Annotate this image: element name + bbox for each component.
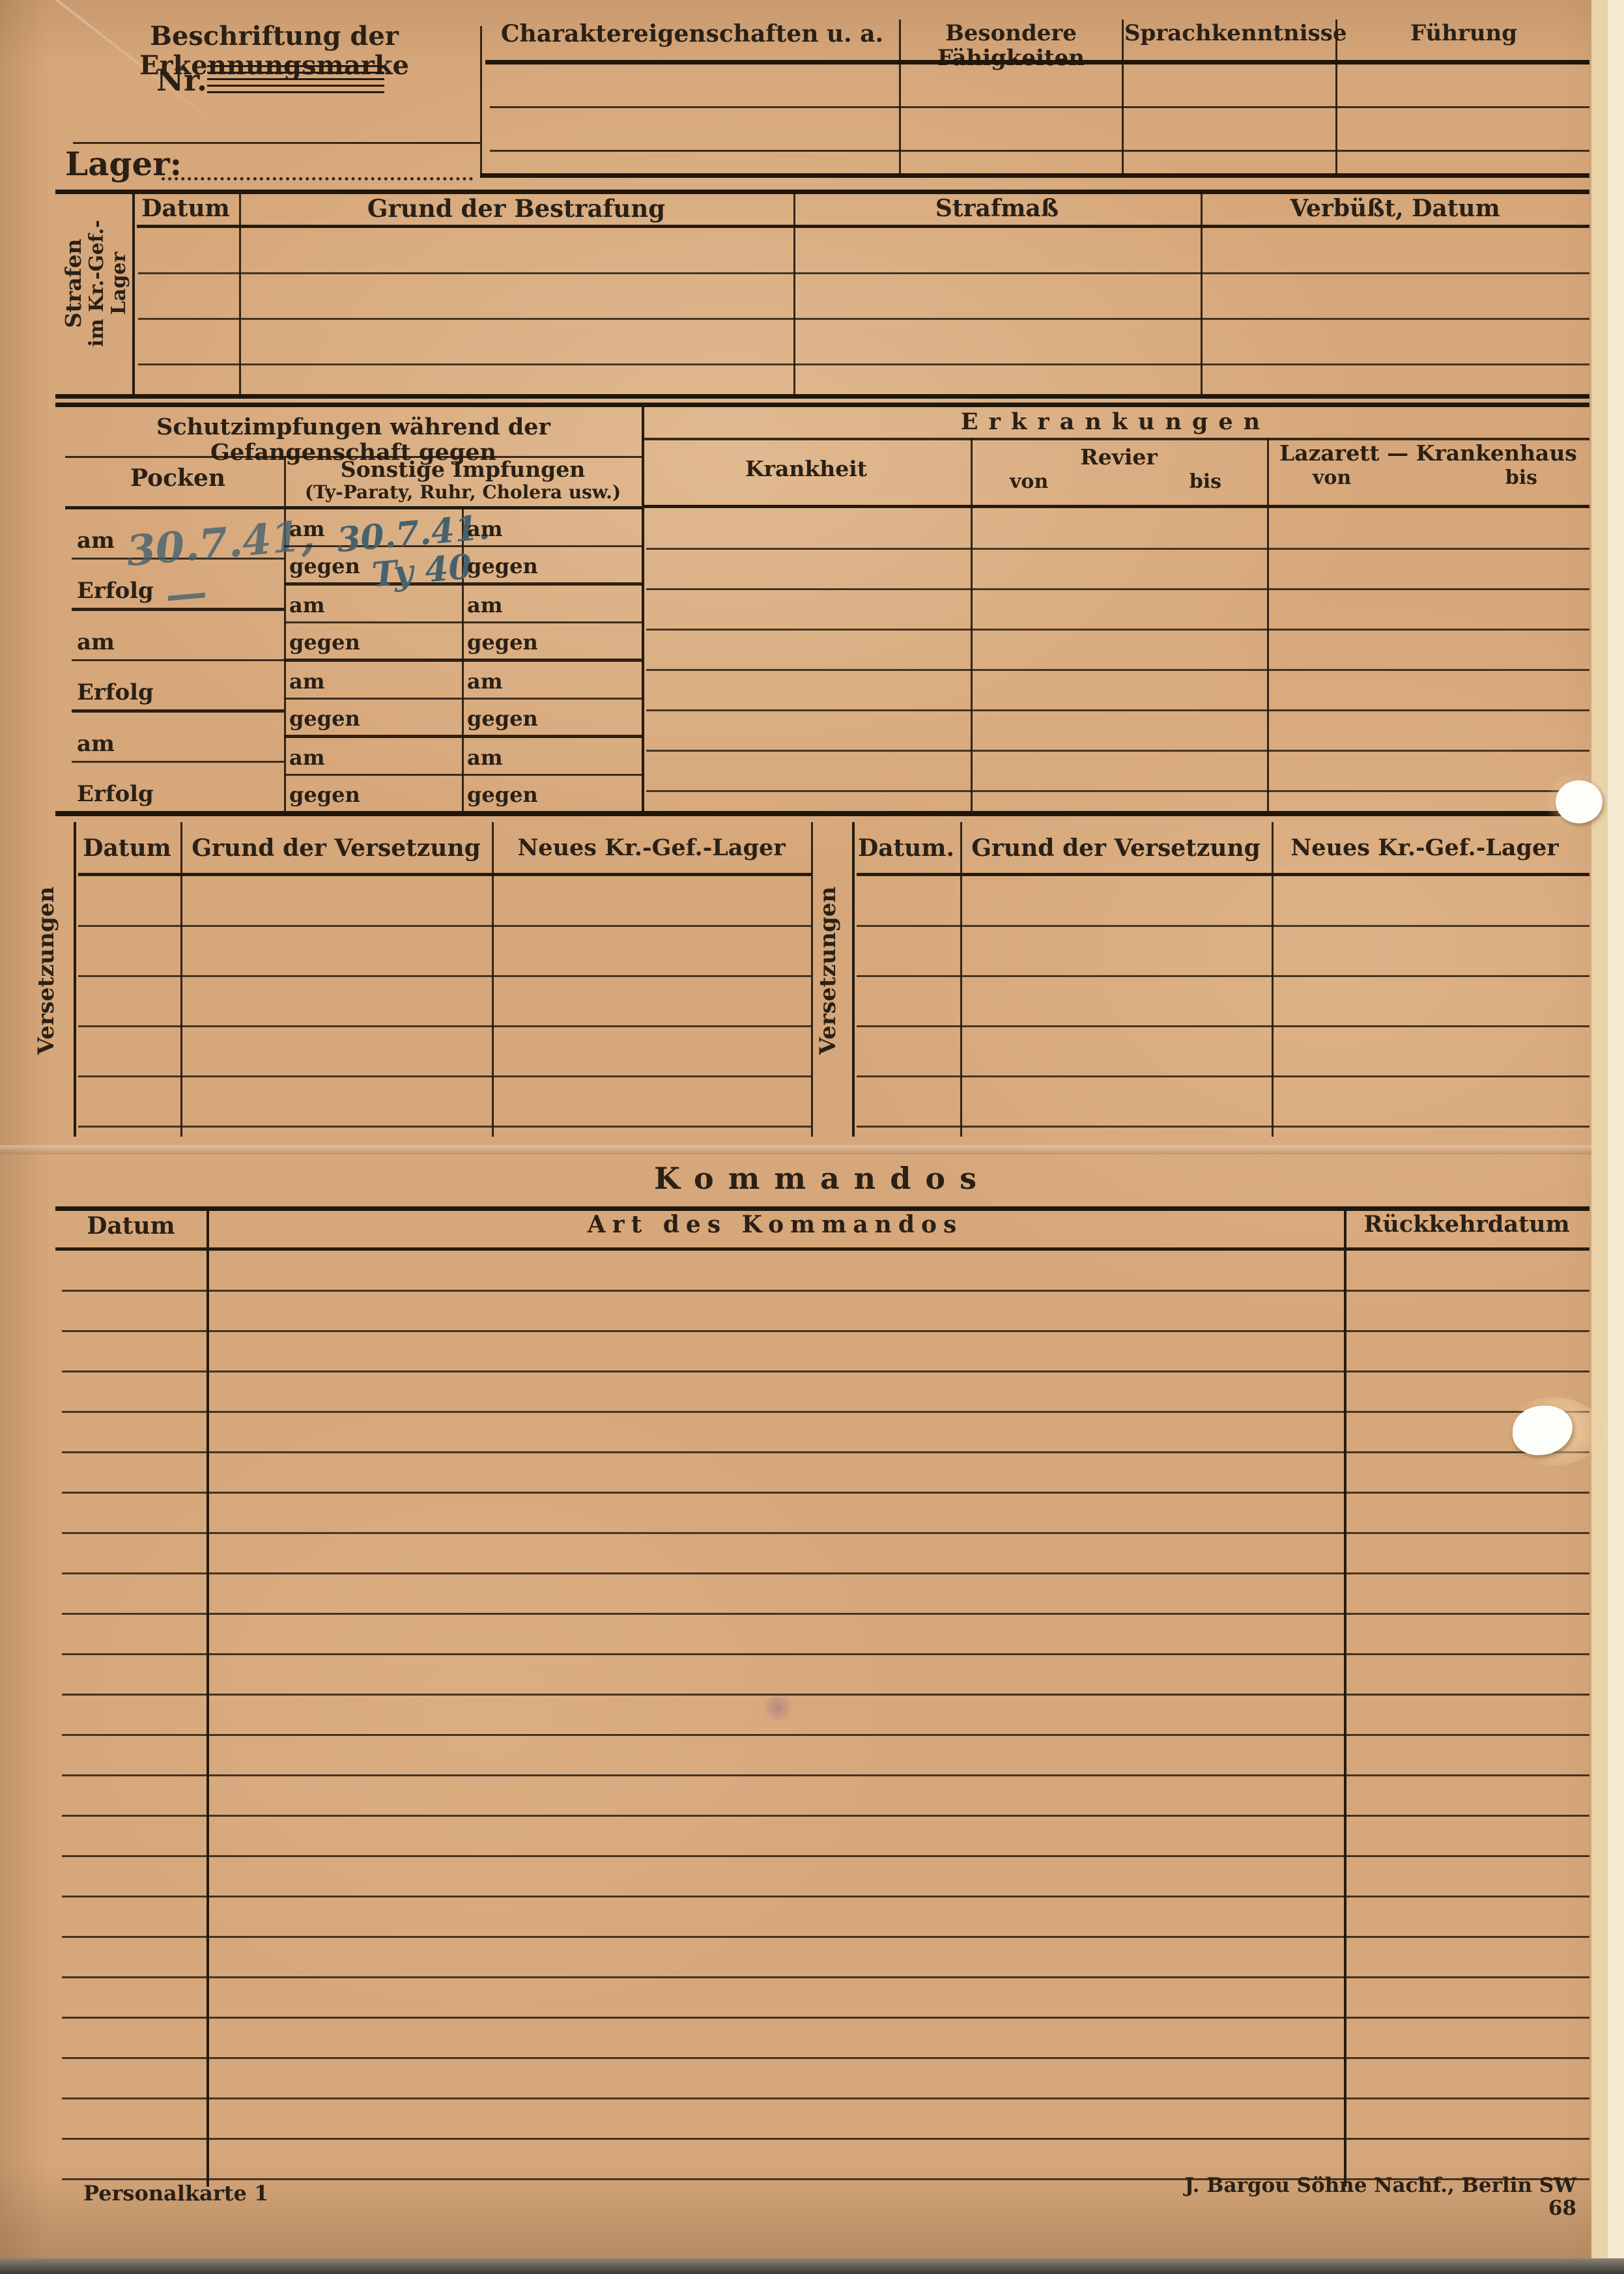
ink-smudge: [763, 1691, 792, 1724]
pocken-entry-rows: am 30.7.41, Erfolg — am Erfolg am Erfolg: [72, 509, 284, 811]
pocken-row-label: Erfolg: [72, 781, 154, 811]
versetzungen-right-table-left-border: [852, 822, 855, 1137]
strafen-header-underline: [137, 225, 1589, 228]
revier-title: Revier: [971, 446, 1267, 470]
strafen-side-label: Strafen im Kr.-Gef.-Lager: [62, 192, 121, 375]
sonstige-col2-row-label: am: [462, 745, 503, 774]
versetzungen-left-ruled-rows: [78, 877, 811, 1137]
versetzungen-side-label-left: Versetzungen: [34, 866, 66, 1075]
revier-von-bis: von bis: [971, 470, 1267, 493]
versetzungen-right-ruled-rows: [857, 877, 1589, 1137]
strafen-ruled-rows: [138, 229, 1589, 394]
sonstige-col2-row: gegen: [462, 547, 642, 586]
revier-bis-label: bis: [1190, 471, 1221, 493]
lazarett-von-bis: von bis: [1267, 466, 1589, 489]
impfungen-top-border: [55, 403, 1589, 407]
kommandos-header-rueckkehr: Rückkehrdatum: [1344, 1212, 1589, 1237]
personalkarte-document: Beschriftung der Erkennungsmarke Nr. Lag…: [0, 0, 1624, 2274]
kommandos-header-underline: [55, 1247, 1589, 1251]
versetzungen-left-table-left-border: [74, 822, 76, 1137]
erkrankungen-ruled-rows: [646, 509, 1589, 806]
toptable-header-fuehrung: Führung: [1338, 21, 1589, 46]
impfungen-sonstige-header: Sonstige Impfungen (Ty-Paraty, Ruhr, Cho…: [284, 458, 642, 502]
sonstige-col2-row: am: [462, 662, 642, 700]
footer-form-name: Personalkarte 1: [83, 2182, 268, 2206]
sonstige-col1-row-label: gegen: [284, 782, 360, 811]
strafen-header-datum: Datum: [132, 195, 239, 221]
impfungen-sonstige-header-line1: Sonstige Impfungen: [284, 458, 642, 482]
idbox-right-border: [480, 26, 482, 177]
idbox-nr-hatch-lines: [207, 65, 384, 98]
page-right-edge: [1591, 0, 1608, 2274]
strafen-side-label-line2: im Kr.-Gef.-Lager: [86, 192, 130, 375]
paper-fold-crease: [0, 1145, 1593, 1154]
sonstige-col2-row: am: [462, 509, 642, 547]
sonstige-col1-row: gegen: [284, 700, 462, 739]
sonstige-col1-row: am: [284, 662, 462, 700]
impfungen-bottom-border: [55, 811, 1589, 816]
erkrankungen-title: Erkrankungen: [642, 409, 1589, 434]
pocken-row: Erfolg: [72, 763, 284, 811]
sonstige-col2-row: am: [462, 738, 642, 776]
sonstige-col2-row: gegen: [462, 776, 642, 812]
versetzungen-left-header-neues: Neues Kr.-Gef.-Lager: [492, 835, 811, 860]
sonstige-col2-row: gegen: [462, 700, 642, 739]
revier-von-label: von: [1010, 471, 1048, 493]
toptable-header-sprachen: Sprachkenntnisse: [1124, 21, 1334, 46]
strafen-top-border: [55, 190, 1589, 194]
sonstige-col1-row-handwritten-value: Ty 40: [371, 554, 473, 590]
sonstige-col1-row: am 30.7.41.: [284, 509, 462, 547]
idbox-nr-label: Nr.: [156, 64, 207, 98]
erkrankungen-header-krankheit: Krankheit: [642, 457, 971, 481]
lager-writing-line: [162, 149, 473, 180]
sonstige-col2-row-label: gegen: [462, 630, 538, 659]
strafen-bottom-border: [55, 394, 1589, 399]
toptable-header-underline: [485, 60, 1589, 64]
toptable-ruled-rows: [490, 64, 1589, 173]
lazarett-von-label: von: [1313, 467, 1351, 489]
pocken-row: Erfolg: [72, 661, 284, 713]
scan-background-right: [1608, 0, 1624, 2274]
sonstige-col1-row-label: am: [284, 593, 325, 621]
strafen-header-grund: Grund der Bestrafung: [239, 195, 793, 222]
kommandos-ruled-rows: [62, 1251, 1589, 2182]
sonstige-col2-row-label: am: [462, 593, 503, 621]
pocken-row-label: Erfolg: [72, 679, 154, 709]
sonstige-col2-row-label: gegen: [462, 706, 538, 735]
versetzungen-left-header-datum: Datum: [74, 835, 180, 861]
idbox-bottom-border: [73, 142, 480, 144]
sonstige-col1-row: gegen: [284, 623, 462, 662]
toptable-bottom-border: [480, 173, 1589, 178]
sonstige-col2-row-label: gegen: [462, 554, 538, 582]
pocken-row-handwritten-value: —: [164, 575, 208, 612]
sonstige-col2-row-label: gegen: [462, 782, 538, 811]
strafen-header-verbuesst: Verbüßt, Datum: [1201, 195, 1589, 221]
sonstige-col2-row: gegen: [462, 623, 642, 662]
impfungen-pocken-header: Pocken: [72, 465, 284, 491]
versetzungen-left-table-right-border: [811, 822, 813, 1137]
scan-background-bottom: [0, 2258, 1624, 2274]
lazarett-title: Lazarett — Krankenhaus: [1267, 442, 1589, 466]
pocken-row-label: am: [72, 731, 115, 761]
erkrankungen-header-revier: Revier von bis: [971, 446, 1267, 493]
kommandos-header-datum: Datum: [55, 1213, 207, 1239]
versetzungen-left-header-underline: [78, 873, 811, 876]
punch-hole-1: [1556, 780, 1603, 823]
pocken-row-label: am: [72, 629, 115, 659]
versetzungen-right-header-datum: Datum.: [852, 835, 960, 861]
sonstige-col2-row-label: am: [462, 517, 503, 545]
sonstige-col1-entry-rows: am 30.7.41. gegen Ty 40 am gegen am gege…: [284, 509, 462, 811]
pocken-row-label: am: [72, 528, 115, 558]
impfungen-sonstige-header-line2: (Ty-Paraty, Ruhr, Cholera usw.): [284, 482, 642, 502]
sonstige-col2-entry-rows: am gegen am gegen am gegen am gegen: [462, 509, 642, 811]
versetzungen-side-label-right: Versetzungen: [816, 866, 848, 1075]
pocken-row: am 30.7.41,: [72, 509, 284, 560]
sonstige-col1-row: gegen: [284, 776, 462, 812]
sonstige-col2-row: am: [462, 586, 642, 623]
lazarett-bis-label: bis: [1505, 467, 1537, 489]
kommandos-header-art: Art des Kommandos: [207, 1212, 1344, 1238]
strafen-side-label-line1: Strafen: [62, 192, 86, 375]
erkrankungen-header-lazarett: Lazarett — Krankenhaus von bis: [1267, 442, 1589, 489]
sonstige-col1-row-label: gegen: [284, 630, 360, 659]
strafen-header-strafmass: Strafmaß: [793, 195, 1201, 221]
sonstige-col1-row: am: [284, 738, 462, 776]
erkrankungen-header-underline: [642, 505, 1589, 508]
pocken-row: am: [72, 713, 284, 763]
versetzungen-right-header-grund: Grund der Versetzung: [960, 835, 1272, 861]
versetzungen-left-header-grund: Grund der Versetzung: [180, 835, 492, 861]
sonstige-col1-row-label: gegen: [284, 706, 360, 735]
kommandos-top-border: [55, 1206, 1589, 1211]
sonstige-col1-row-label: am: [284, 517, 325, 545]
sonstige-col1-row-label: am: [284, 745, 325, 774]
kommandos-title: Kommandos: [55, 1162, 1589, 1196]
footer-printer-imprint: J. Bargou Söhne Nachf., Berlin SW 68: [1173, 2174, 1576, 2219]
toptable-header-charakter: Charaktereigenschaften u. a.: [485, 21, 899, 47]
versetzungen-right-header-underline: [857, 873, 1589, 876]
pocken-row-label: Erfolg: [72, 578, 154, 608]
versetzungen-right-header-neues: Neues Kr.-Gef.-Lager: [1272, 835, 1578, 860]
sonstige-col1-row-label: am: [284, 669, 325, 698]
sonstige-col2-row-label: am: [462, 669, 503, 698]
